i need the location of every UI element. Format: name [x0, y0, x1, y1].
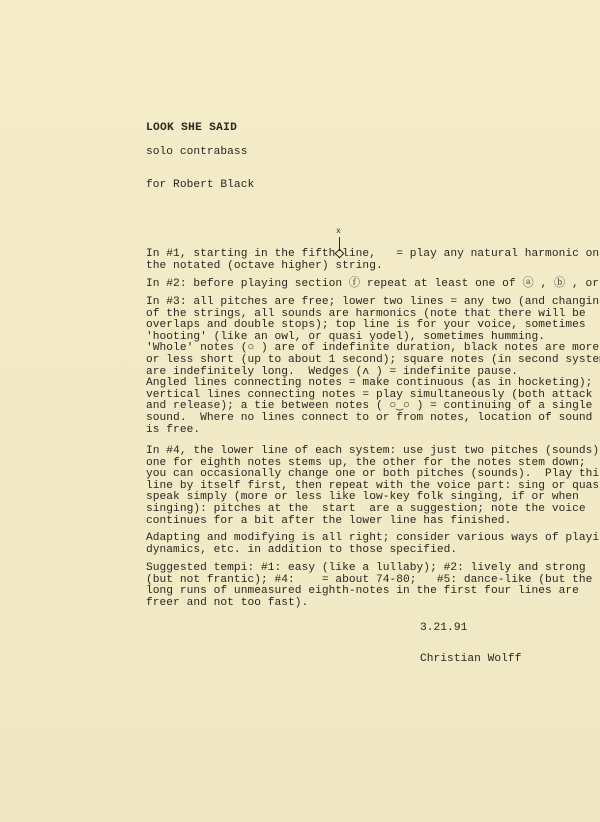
instrumentation: solo contrabass	[146, 147, 247, 159]
typewritten-page: LOOK SHE SAID solo contrabass for Robert…	[0, 0, 600, 822]
instruction-part-3: In #3: all pitches are free; lower two l…	[146, 297, 600, 436]
instruction-part-1: In #1, starting in the fifth line, = pla…	[146, 249, 599, 272]
dedication: for Robert Black	[146, 180, 254, 192]
suggested-tempi: Suggested tempi: #1: easy (like a lullab…	[146, 563, 592, 609]
composer-signature: Christian Wolff	[420, 654, 521, 666]
piece-title: LOOK SHE SAID	[146, 123, 237, 135]
instruction-part-4: In #4, the lower line of each system: us…	[146, 446, 600, 527]
harmonic-x-mark: x	[336, 228, 341, 236]
date: 3.21.91	[420, 623, 467, 635]
instruction-part-2: In #2: before playing section ⓕ repeat a…	[146, 279, 600, 291]
adapting-note: Adapting and modifying is all right; con…	[146, 533, 600, 556]
